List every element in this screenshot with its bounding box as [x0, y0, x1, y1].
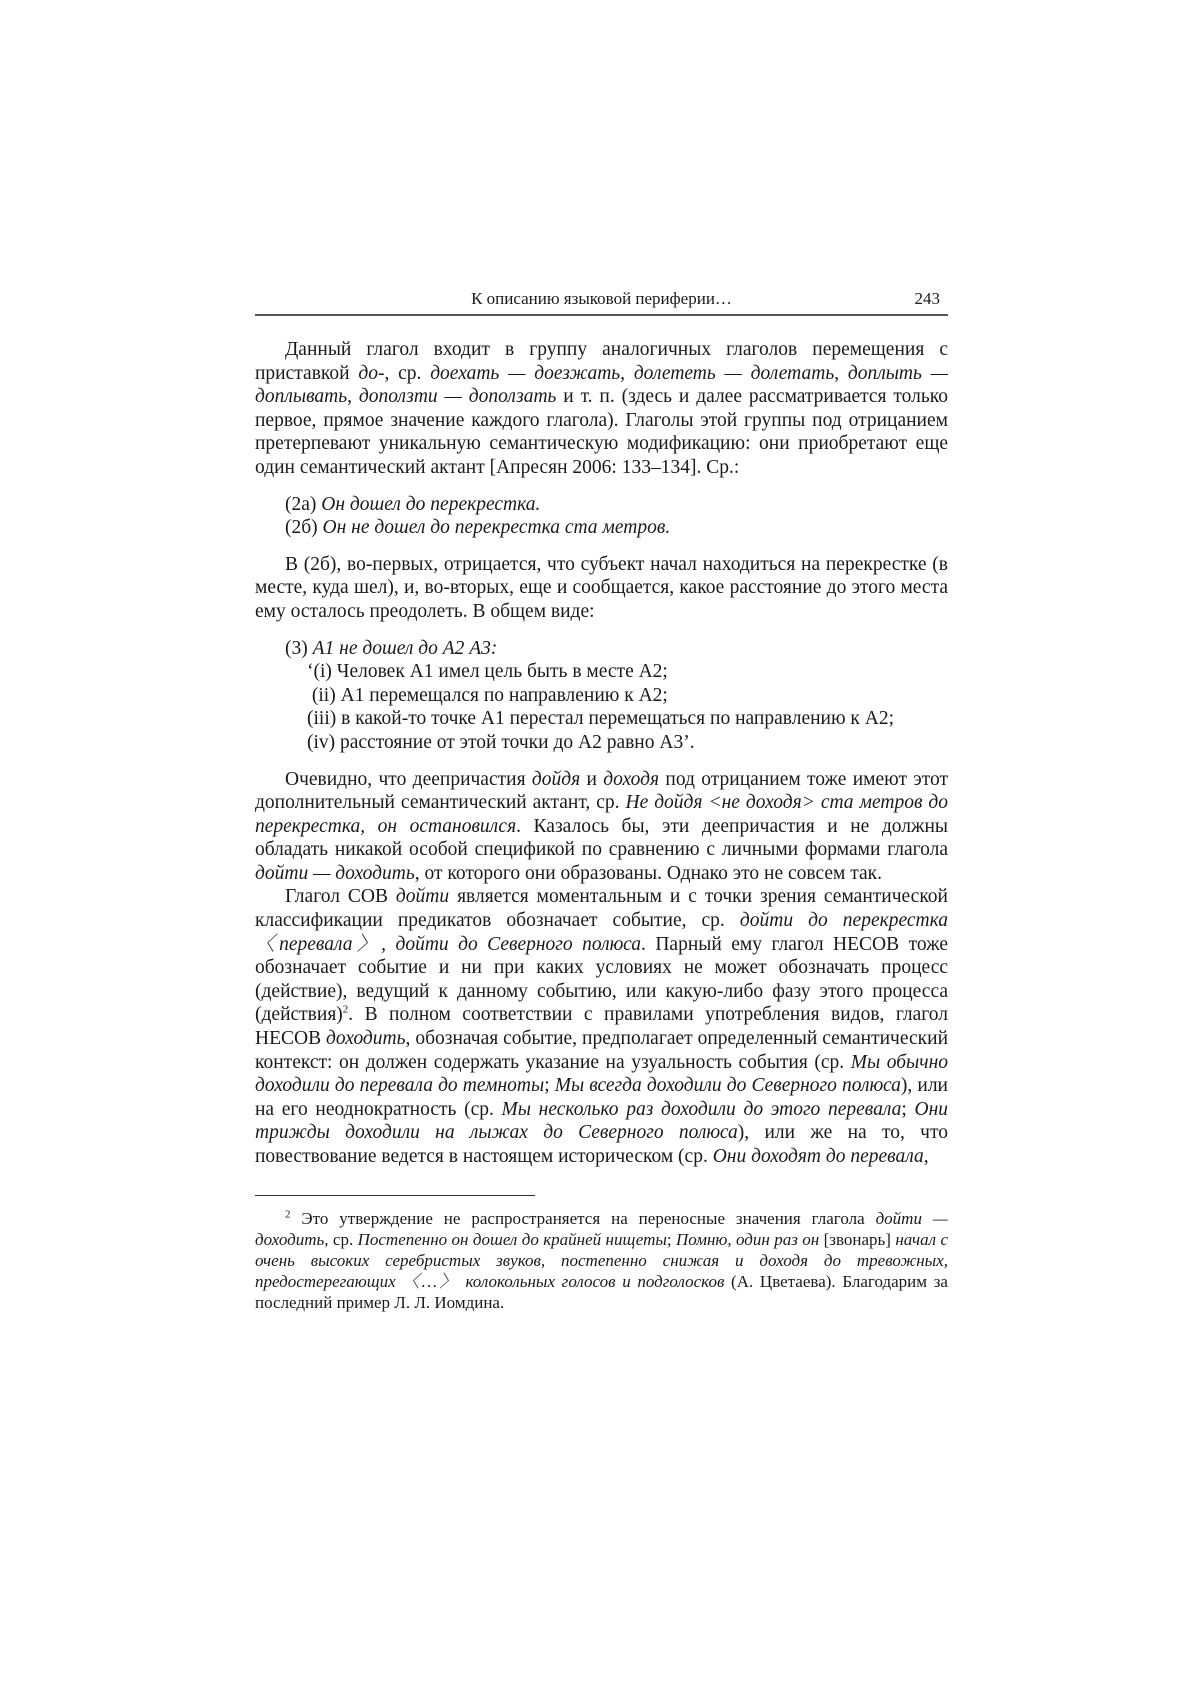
paragraph: Очевидно, что деепричастия дойдя и доход… [255, 768, 948, 886]
running-header: К описанию языковой периферии… 243 [255, 288, 948, 316]
paragraph: Глагол СОВ дойти является моментальным и… [255, 885, 948, 1168]
example-3: (3) А1 не дошел до А2 А3: ‘(i) Человек А… [255, 637, 948, 755]
example-3-formula: (3) А1 не дошел до А2 А3: [285, 637, 948, 661]
example-3-item: (iv) расстояние от этой точки до А2 равн… [285, 731, 948, 755]
main-text: Данный глагол входит в группу аналогичны… [255, 338, 948, 1169]
example-3-item: (iii) в какой-то точке А1 перестал перем… [285, 707, 948, 731]
footnote-text: 2 Это утверждение не распространяется на… [255, 1208, 948, 1313]
book-page: К описанию языковой периферии… 243 Данны… [255, 288, 948, 1313]
footnote: 2 Это утверждение не распространяется на… [255, 1208, 948, 1313]
example-2b: (2б) Он не дошел до перекрестка ста метр… [285, 516, 948, 540]
example-2: (2а) Он дошел до перекрестка. (2б) Он не… [255, 493, 948, 540]
footnote-divider [255, 1195, 535, 1196]
paragraph: В (2б), во-первых, отрицается, что субъе… [255, 553, 948, 624]
example-3-item: (ii) А1 перемещался по направлению к А2; [285, 684, 948, 708]
example-2a: (2а) Он дошел до перекрестка. [285, 493, 948, 517]
example-3-item: ‘(i) Человек А1 имел цель быть в месте А… [285, 660, 948, 684]
running-title: К описанию языковой периферии… [255, 288, 948, 310]
page-number: 243 [915, 288, 941, 310]
paragraph: Данный глагол входит в группу аналогичны… [255, 338, 948, 480]
